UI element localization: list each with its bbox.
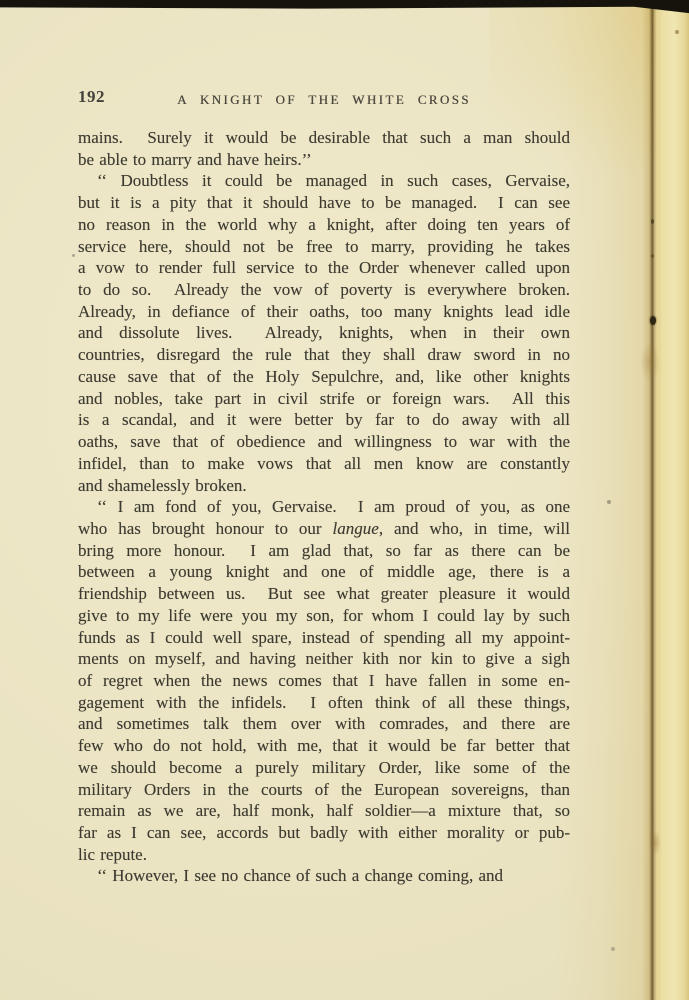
text-segment: cause save that of the Holy Sepulchre, a… [78, 367, 570, 386]
text-segment: we should become a purely military Order… [78, 758, 570, 777]
text-segment: military Orders in the courts of the Eur… [78, 780, 570, 799]
text-line: countries, disregard the rule that they … [78, 344, 570, 366]
text-segment: ‘‘ Doubtless it could be managed in such… [97, 171, 570, 190]
text-line: far as I can see, accords but badly with… [78, 822, 570, 844]
text-segment: who has brought honour to our [78, 519, 333, 538]
text-line: and nobles, take part in civil strife or… [78, 388, 570, 410]
ink-speck [675, 30, 679, 34]
text-segment: between a young knight and one of middle… [78, 562, 570, 581]
text-segment: mains. Surely it would be desirable that… [78, 128, 570, 147]
text-line: mains. Surely it would be desirable that… [78, 127, 570, 149]
text-segment: be able to marry and have heirs.’’ [78, 150, 312, 169]
text-segment: a vow to render full service to the Orde… [78, 258, 570, 277]
text-segment: no reason in the world why a knight, aft… [78, 215, 570, 234]
text-line: but it is a pity that it should have to … [78, 192, 570, 214]
text-line: ‘‘ I am fond of you, Gervaise. I am prou… [78, 496, 570, 518]
text-segment: funds as I could well spare, instead of … [78, 628, 570, 647]
text-line: a vow to render full service to the Orde… [78, 257, 570, 279]
text-line: Already, in defiance of their oaths, too… [78, 301, 570, 323]
text-segment: and dissolute lives. Already, knights, w… [78, 323, 570, 342]
text-line: and shamelessly broken. [78, 475, 570, 497]
text-segment: , and who, in time, will [379, 519, 570, 538]
text-segment: of regret when the news comes that I hav… [78, 671, 570, 690]
text-line: and sometimes talk them over with comrad… [78, 713, 570, 735]
text-line: of regret when the news comes that I hav… [78, 670, 570, 692]
text-segment: service here, should not be free to marr… [78, 237, 570, 256]
text-segment: far as I can see, accords but badly with… [78, 823, 570, 842]
text-line: military Orders in the courts of the Eur… [78, 779, 570, 801]
text-line: service here, should not be free to marr… [78, 236, 570, 258]
ink-speck [650, 316, 656, 325]
stain [640, 342, 660, 382]
text-segment: friendship between us. But see what grea… [78, 584, 570, 603]
ink-speck [651, 254, 654, 258]
fore-edge-pages [656, 0, 689, 1000]
ink-speck [72, 254, 75, 257]
text-line: be able to marry and have heirs.’’ [78, 149, 570, 171]
ink-speck [607, 500, 611, 504]
page-text: mains. Surely it would be desirable that… [78, 127, 570, 887]
text-segment: ments on myself, and having neither kith… [78, 649, 570, 668]
text-line: friendship between us. But see what grea… [78, 583, 570, 605]
text-segment: Already, in defiance of their oaths, too… [78, 302, 570, 321]
text-line: gagement with the infidels. I often thin… [78, 692, 570, 714]
text-line: to do so. Already the vow of poverty is … [78, 279, 570, 301]
text-segment: countries, disregard the rule that they … [78, 345, 570, 364]
text-line: ments on myself, and having neither kith… [78, 648, 570, 670]
text-segment: is a scandal, and it were better by far … [78, 410, 570, 429]
text-line: and dissolute lives. Already, knights, w… [78, 322, 570, 344]
italic-text-segment: langue [333, 519, 379, 538]
scanned-book-page: 192 A KNIGHT OF THE WHITE CROSS mains. S… [0, 0, 689, 1000]
text-segment: but it is a pity that it should have to … [78, 193, 570, 212]
text-line: give to my life were you my son, for who… [78, 605, 570, 627]
text-segment: and sometimes talk them over with comrad… [78, 714, 570, 733]
text-line: who has brought honour to our langue, an… [78, 518, 570, 540]
text-line: between a young knight and one of middle… [78, 561, 570, 583]
running-header: A KNIGHT OF THE WHITE CROSS [78, 92, 570, 108]
text-line: is a scandal, and it were better by far … [78, 409, 570, 431]
stain [649, 830, 661, 856]
text-segment: ‘‘ I am fond of you, Gervaise. I am prou… [97, 497, 570, 516]
text-segment: and nobles, take part in civil strife or… [78, 389, 570, 408]
text-segment: ‘‘ However, I see no chance of such a ch… [97, 866, 503, 885]
text-line: ‘‘ Doubtless it could be managed in such… [78, 170, 570, 192]
text-line: remain as we are, half monk, half soldie… [78, 800, 570, 822]
text-line: funds as I could well spare, instead of … [78, 627, 570, 649]
text-segment: lic repute. [78, 845, 147, 864]
ink-speck [611, 947, 615, 951]
text-line: few who do not hold, with me, that it wo… [78, 735, 570, 757]
text-segment: bring more honour. I am glad that, so fa… [78, 541, 570, 560]
ink-speck [651, 219, 654, 224]
text-segment: oaths, save that of obedience and willin… [78, 432, 570, 451]
text-line: ‘‘ However, I see no chance of such a ch… [78, 865, 570, 887]
text-segment: to do so. Already the vow of poverty is … [78, 280, 570, 299]
text-segment: gagement with the infidels. I often thin… [78, 693, 570, 712]
text-line: lic repute. [78, 844, 570, 866]
text-line: we should become a purely military Order… [78, 757, 570, 779]
text-segment: and shamelessly broken. [78, 476, 247, 495]
text-line: bring more honour. I am glad that, so fa… [78, 540, 570, 562]
text-segment: give to my life were you my son, for who… [78, 606, 570, 625]
text-segment: few who do not hold, with me, that it wo… [78, 736, 570, 755]
text-segment: remain as we are, half monk, half soldie… [78, 801, 570, 820]
text-line: infidel, than to make vows that all men … [78, 453, 570, 475]
text-segment: infidel, than to make vows that all men … [78, 454, 570, 473]
text-line: no reason in the world why a knight, aft… [78, 214, 570, 236]
text-line: cause save that of the Holy Sepulchre, a… [78, 366, 570, 388]
text-line: oaths, save that of obedience and willin… [78, 431, 570, 453]
